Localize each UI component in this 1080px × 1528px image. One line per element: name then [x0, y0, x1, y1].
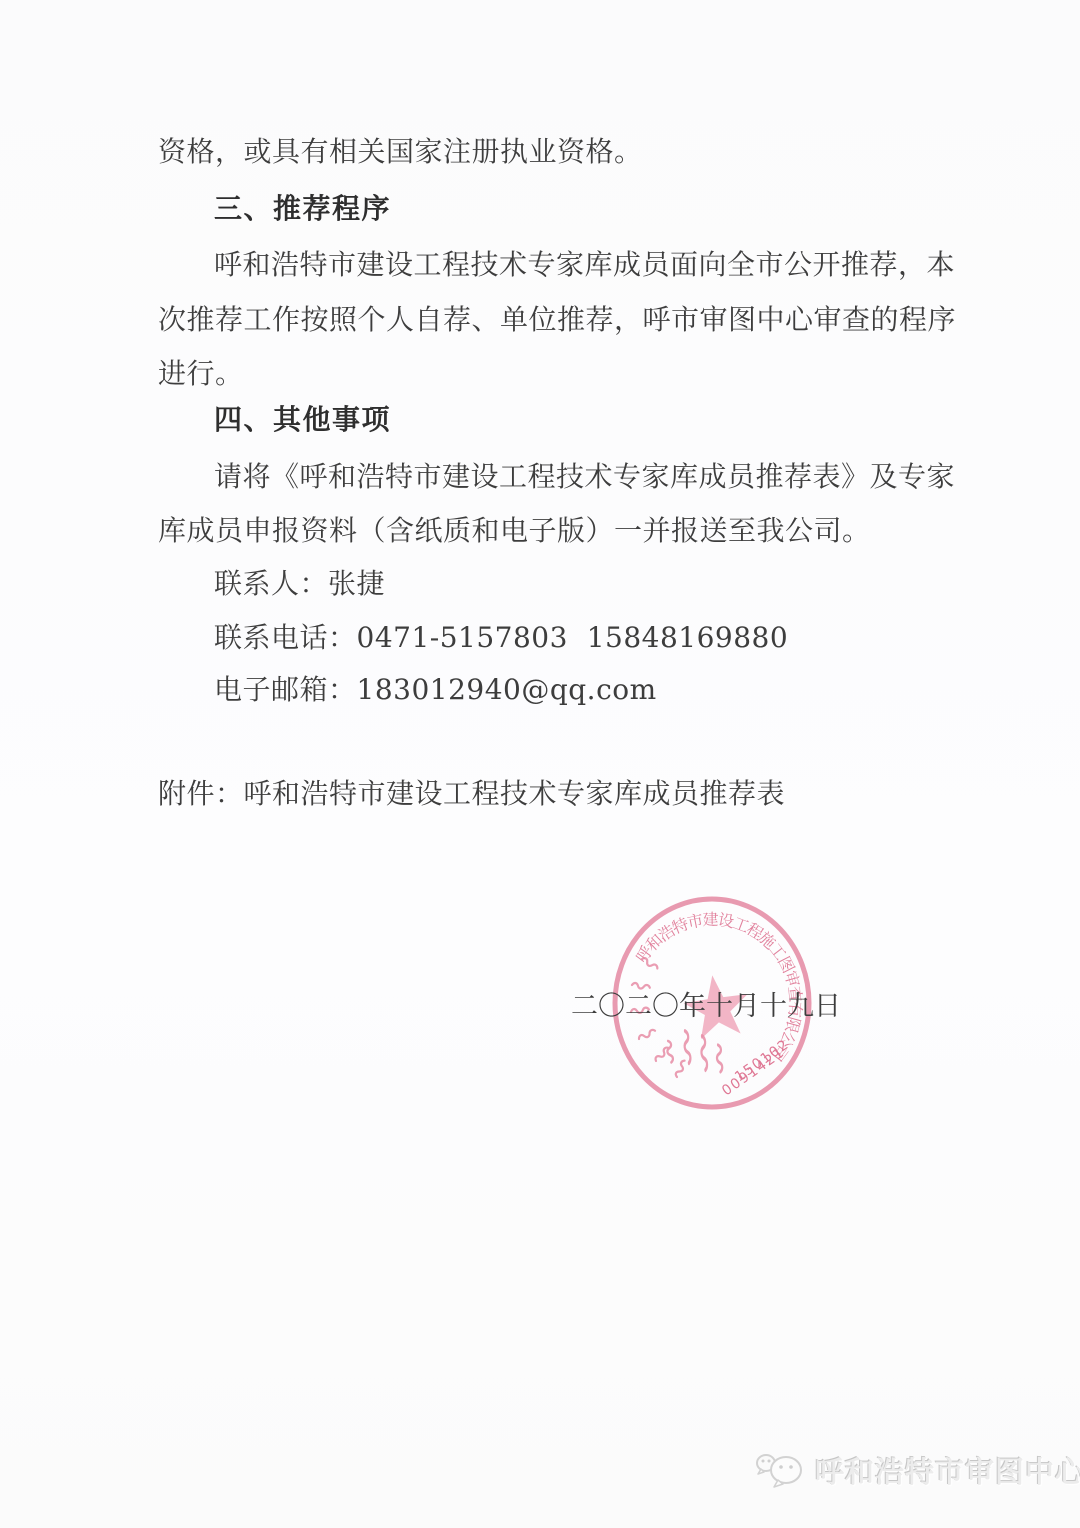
section3-heading: 三、推荐程序	[214, 187, 391, 227]
attachment-line: 附件：呼和浩特市建设工程技术专家库成员推荐表	[158, 772, 785, 812]
paragraph-continuation-line: 资格，或具有相关国家注册执业资格。	[158, 130, 643, 170]
section3-line-1: 呼和浩特市建设工程技术专家库成员面向全市公开推荐，本	[214, 243, 955, 283]
section4-line-2: 库成员申报资料（含纸质和电子版）一并报送至我公司。	[158, 509, 871, 549]
wechat-icon	[754, 1448, 806, 1492]
document-page: 资格，或具有相关国家注册执业资格。 三、推荐程序 呼和浩特市建设工程技术专家库成…	[0, 0, 1080, 1528]
section4-heading: 四、其他事项	[214, 398, 391, 438]
section4-line-1: 请将《呼和浩特市建设工程技术专家库成员推荐表》及专家	[214, 455, 955, 495]
contact-email-line: 电子邮箱：183012940@qq.com	[214, 668, 657, 708]
watermark-text: 呼和浩特市审图中心	[815, 1450, 1080, 1491]
contact-person-line: 联系人：张捷	[214, 562, 385, 602]
footer-watermark: 呼和浩特市审图中心	[754, 1448, 1080, 1492]
section3-line-3: 进行。	[158, 352, 244, 392]
date-line: 二〇二〇年十月十九日	[571, 984, 841, 1023]
seal-serial-number: 150102 0091421	[719, 1036, 792, 1099]
contact-phone-line: 联系电话：0471-5157803 15848169880	[214, 616, 788, 656]
section3-line-2: 次推荐工作按照个人自荐、单位推荐，呼市审图中心审查的程序	[158, 298, 956, 338]
svg-text:0091421: 0091421	[719, 1044, 788, 1099]
